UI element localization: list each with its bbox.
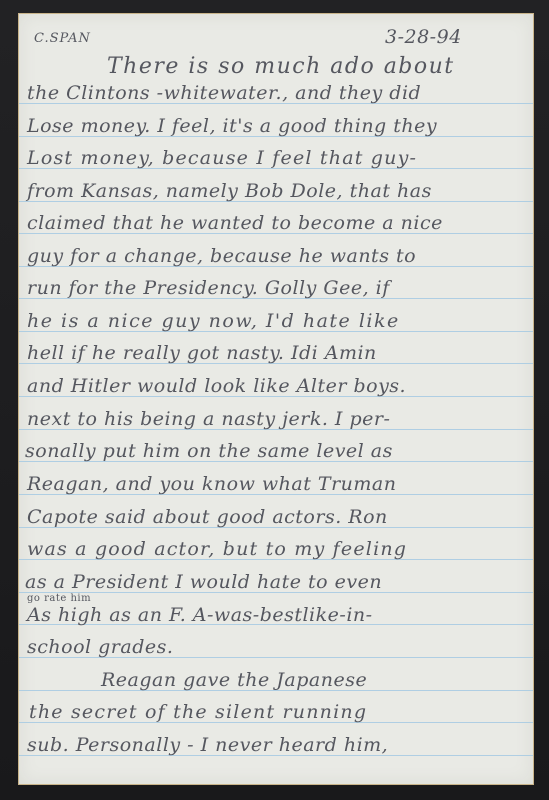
text-line: As high as an F. A-was-bestlike-in-: [27, 606, 373, 625]
text-line: sub. Personally - I never heard him,: [27, 736, 388, 755]
text-line: sonally put him on the same level as: [25, 442, 393, 461]
text-line: he is a nice guy now, I'd hate like: [27, 312, 400, 331]
text-line: guy for a change, because he wants to: [27, 247, 416, 266]
text-line: Lose money. I feel, it's a good thing th…: [27, 117, 437, 136]
text-line: Lost money, because I feel that guy-: [27, 149, 417, 168]
text-line: run for the Presidency. Golly Gee, if: [27, 279, 390, 298]
text-line: and Hitler would look like Alter boys.: [27, 377, 406, 396]
text-line: hell if he really got nasty. Idi Amin: [27, 344, 377, 363]
text-line: was a good actor, but to my feeling: [27, 540, 407, 559]
text-line: from Kansas, namely Bob Dole, that has: [27, 182, 432, 201]
source-label: C.SPAN: [34, 32, 91, 45]
text-line: as a President I would hate to even: [25, 573, 382, 592]
text-line: the Clintons -whitewater., and they did: [27, 84, 421, 103]
interlinear-insertion: go rate him: [27, 594, 91, 604]
text-line: school grades.: [27, 638, 173, 657]
text-line: Reagan, and you know what Truman: [27, 475, 396, 494]
date-label: 3-28-94: [385, 28, 462, 47]
text-line: There is so much ado about: [107, 56, 455, 78]
ruled-paper-sheet: C.SPAN 3-28-94 There is so much ado abou…: [19, 14, 533, 784]
document-frame: C.SPAN 3-28-94 There is so much ado abou…: [0, 0, 549, 800]
text-line: Capote said about good actors. Ron: [27, 508, 388, 527]
text-line: next to his being a nasty jerk. I per-: [27, 410, 390, 429]
text-line: the secret of the silent running: [29, 703, 367, 722]
text-line: Reagan gave the Japanese: [101, 671, 367, 690]
text-line: claimed that he wanted to become a nice: [27, 214, 443, 233]
